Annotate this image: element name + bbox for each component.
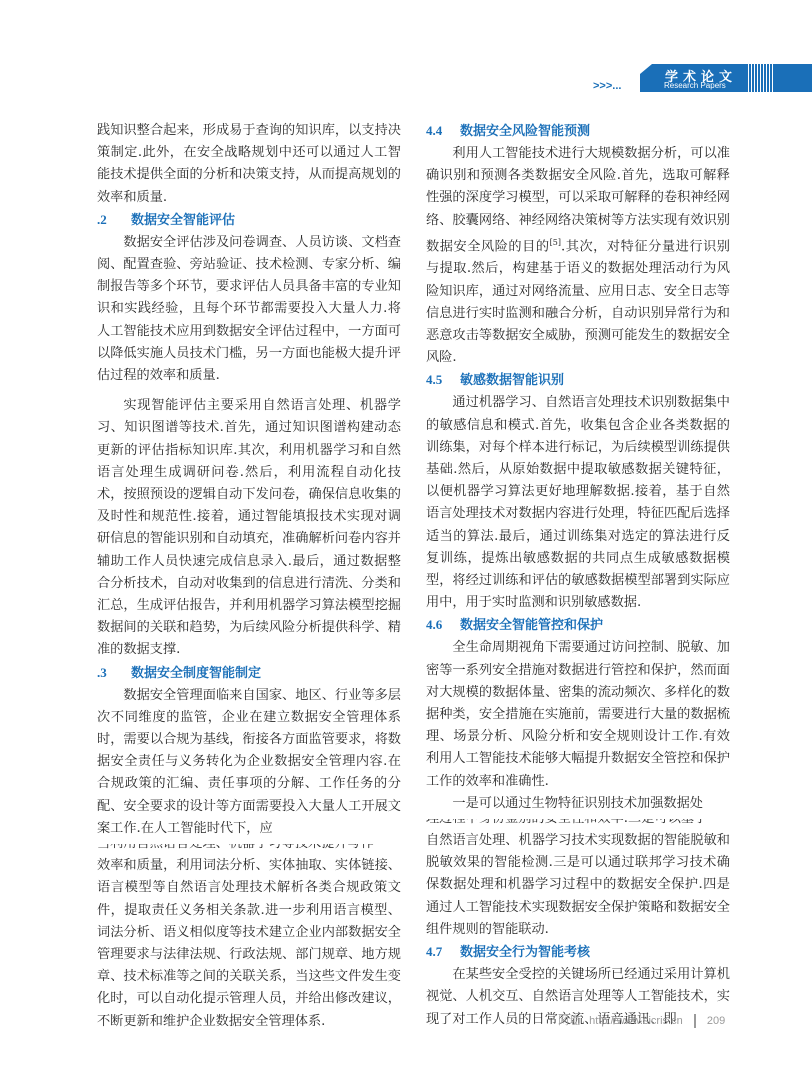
heading-number: 4.7: [426, 941, 460, 963]
paragraph: 效率和质量，利用词法分析、实体抽取、实体链接、语言模型等自然语言处理技术解析各类…: [97, 855, 401, 1033]
left-column: 践知识整合起来，形成易于查询的知识库，以支持决策制定.此外，在安全战略规划中还可…: [97, 120, 401, 1033]
banner-stripes: [748, 64, 774, 92]
clipped-text: 理过程中身份鉴别的安全性和效率.二是可以基于: [426, 819, 730, 830]
paragraph: 全生命周期视角下需要通过访问控制、脱敏、加密等一系列安全措施对数据进行管控和保护…: [426, 637, 730, 792]
section-heading-4-3: .3数据安全制度智能制定: [97, 662, 401, 685]
clipped-line: 当利用自然语言处理、机器学习等技术提升写作: [97, 844, 401, 855]
paragraph: 通过机器学习、自然语言处理技术识别数据集中的敏感信息和模式.首先，收集包含企业各…: [426, 392, 730, 614]
heading-title: 数据安全智能管控和保护: [460, 618, 603, 633]
footer-label: 网址: [558, 1015, 580, 1027]
heading-title: 敏感数据智能识别: [460, 373, 564, 388]
paragraph-text: .其次，对特征分量进行识别与提取.然后，构建基于语义的数据处理活动行为风险知识库…: [426, 239, 730, 365]
heading-title: 数据安全制度智能制定: [131, 666, 261, 681]
heading-number: 4.4: [426, 120, 460, 142]
paragraph: 数据安全评估涉及问卷调查、人员访谈、文档查阅、配置查验、旁站验证、技术检测、专家…: [97, 232, 401, 387]
heading-title: 数据安全风险智能预测: [460, 124, 590, 139]
clipped-line: 理过程中身份鉴别的安全性和效率.二是可以基于: [426, 819, 730, 830]
footer-divider: [694, 1014, 696, 1028]
section-heading-4-7: 4.7数据安全行为智能考核: [426, 941, 730, 964]
heading-number: 4.6: [426, 614, 460, 636]
right-column: 4.4数据安全风险智能预测 利用人工智能技术进行大规模数据分析，可以准确识别和预…: [426, 120, 730, 1031]
section-title-en: Research Papers: [664, 81, 726, 90]
footer-url[interactable]: http://www.sicris.cn: [589, 1015, 683, 1027]
citation-ref: [5]: [550, 238, 561, 247]
heading-title: 数据安全智能评估: [131, 213, 235, 228]
heading-number: 4.5: [426, 369, 460, 391]
paragraph: 自然语言处理、机器学习技术实现数据的智能脱敏和脱敏效果的智能检测.三是可以通过联…: [426, 830, 730, 941]
paragraph: 践知识整合起来，形成易于查询的知识库，以支持决策制定.此外，在安全战略规划中还可…: [97, 120, 401, 209]
paragraph-text: 利用人工智能技术进行大规模数据分析，可以准确识别和预测各类数据安全风险.首先，选…: [426, 146, 730, 254]
header-arrows: >>>...: [593, 80, 621, 92]
paragraph: 数据安全管理面临来自国家、地区、行业等多层次不同维度的监管，企业在建立数据安全管…: [97, 685, 401, 840]
section-heading-4-2: .2数据安全智能评估: [97, 209, 401, 232]
section-heading-4-6: 4.6数据安全智能管控和保护: [426, 614, 730, 637]
heading-number: .2: [97, 209, 131, 231]
section-banner: 学术论文 Research Papers: [640, 64, 812, 92]
heading-title: 数据安全行为智能考核: [460, 945, 590, 960]
paragraph: 利用人工智能技术进行大规模数据分析，可以准确识别和预测各类数据安全风险.首先，选…: [426, 143, 730, 369]
section-heading-4-5: 4.5敏感数据智能识别: [426, 369, 730, 392]
page-number: 209: [707, 1015, 725, 1027]
section-heading-4-4: 4.4数据安全风险智能预测: [426, 120, 730, 143]
paragraph: 一是可以通过生物特征识别技术加强数据处: [426, 793, 730, 815]
paragraph: 实现智能评估主要采用自然语言处理、机器学习、知识图谱等技术.首先，通过知识图谱构…: [97, 395, 401, 661]
page-footer: 网址 http://www.sicris.cn 209: [558, 1012, 725, 1028]
clipped-text: 当利用自然语言处理、机器学习等技术提升写作: [97, 844, 401, 855]
heading-number: .3: [97, 662, 131, 684]
